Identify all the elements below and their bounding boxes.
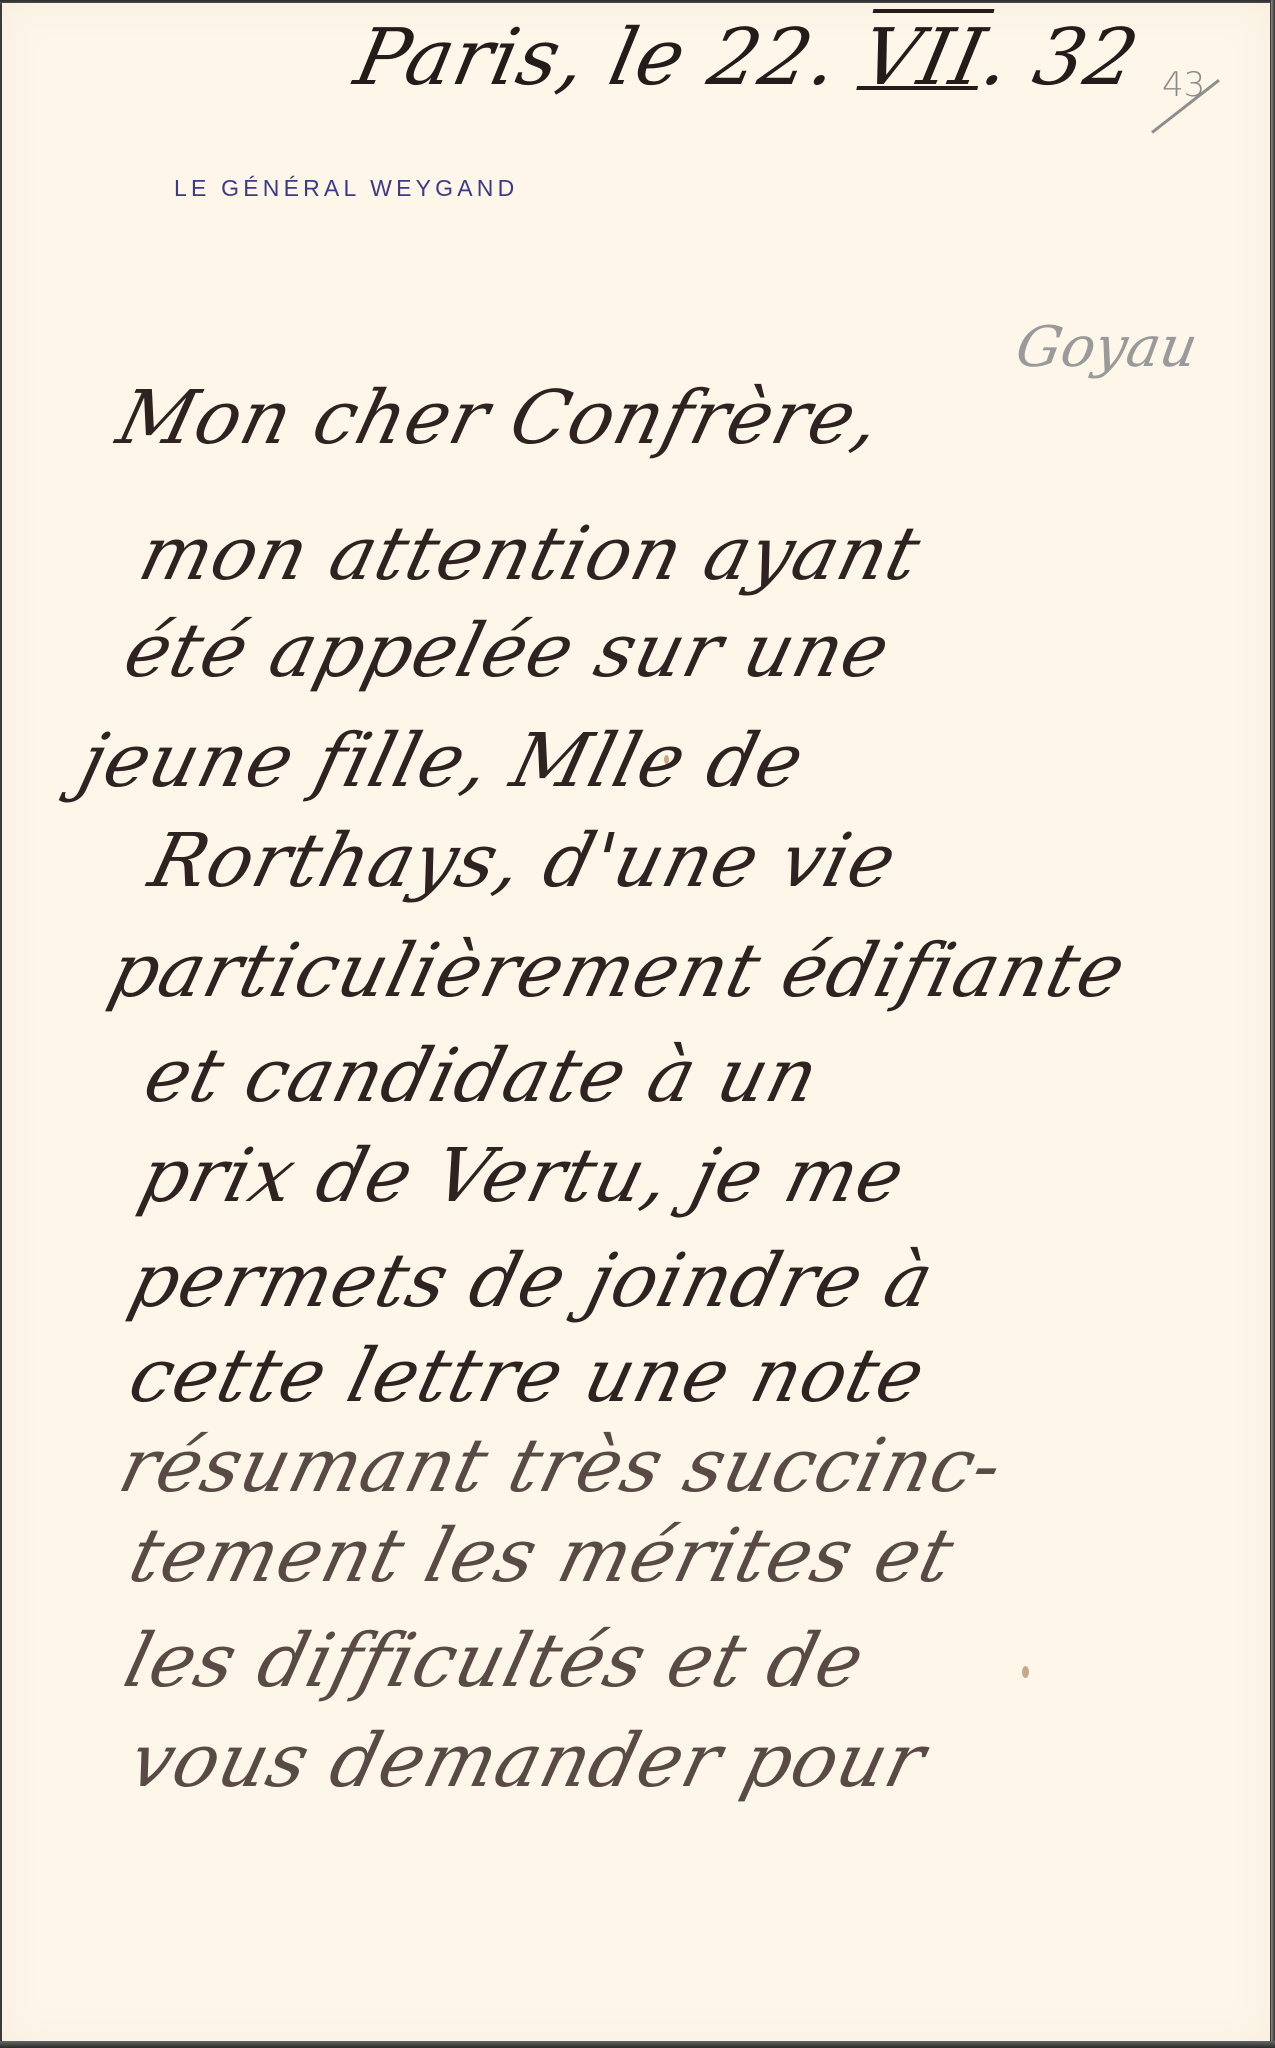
body-line: résumant très succinc- <box>111 1423 1011 1509</box>
dateline-day: 22. <box>701 13 847 103</box>
body-line: particulièrement édifiante <box>101 928 1134 1014</box>
dateline-year: . 32 <box>974 13 1146 103</box>
body-line: et candidate à un <box>136 1033 827 1119</box>
body-line: Rorthays, d'une vie <box>141 818 905 904</box>
salutation: Mon cher Confrère, <box>109 375 890 461</box>
body-line: permets de joindre à <box>121 1238 942 1324</box>
paper-stain <box>664 755 669 764</box>
dateline-month: VII <box>854 13 994 103</box>
body-line: prix de Vertu, je me <box>131 1133 913 1219</box>
letterhead: LE GÉNÉRAL WEYGAND <box>174 175 518 202</box>
pencil-annotation: Goyau <box>1011 315 1202 380</box>
body-line: jeune fille, Mlle de <box>71 718 813 804</box>
scan-border-bottom <box>0 2041 1275 2048</box>
body-line: vous demander pour <box>121 1718 934 1804</box>
archive-number: 43 <box>1162 65 1205 105</box>
body-line: cette lettre une note <box>121 1333 933 1419</box>
body-line: tement les mérites et <box>121 1513 962 1599</box>
body-line: les difficultés et de <box>116 1618 873 1704</box>
body-line: été appelée sur une <box>116 608 898 694</box>
paper-stain <box>1022 1666 1029 1678</box>
dateline-place: Paris, le <box>347 13 694 103</box>
scan-border-right <box>1271 0 1275 2048</box>
dateline: Paris, le 22. VII. 32 <box>347 13 1146 103</box>
body-line: mon attention ayant <box>131 511 929 597</box>
letter-page: Paris, le 22. VII. 32 43 LE GÉNÉRAL WEYG… <box>2 3 1270 2043</box>
